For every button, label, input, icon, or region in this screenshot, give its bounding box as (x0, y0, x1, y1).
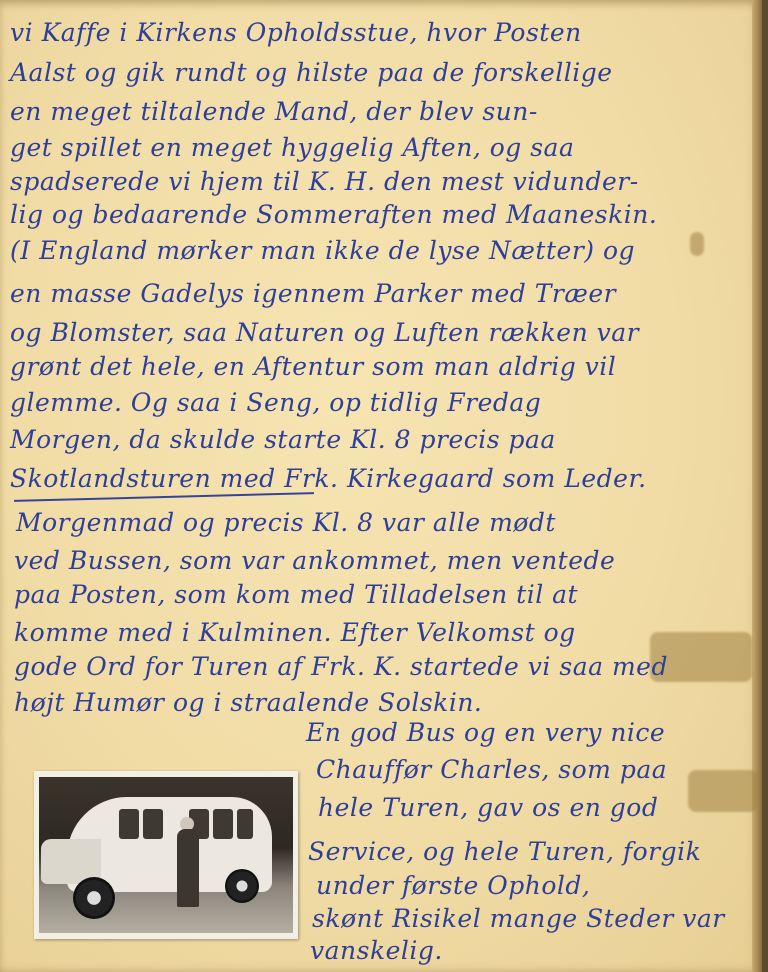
bus-wheel (225, 869, 259, 903)
handwritten-line: glemme. Og saa i Seng, op tidlig Fredag (10, 388, 541, 417)
bus-window (119, 809, 139, 839)
chauffeur-figure (177, 829, 199, 907)
photo-image (39, 777, 293, 933)
page-edge (752, 0, 762, 972)
bus-wheel (73, 877, 115, 919)
bus-window (213, 809, 233, 839)
bus-window (237, 809, 253, 839)
handwritten-line: (I England mørker man ikke de lyse Nætte… (10, 236, 635, 265)
handwritten-line: under første Ophold, (316, 871, 590, 900)
handwritten-line: skønt Risikel mange Steder var (312, 904, 725, 933)
handwritten-line: spadserede vi hjem til K. H. den mest vi… (10, 167, 639, 196)
handwritten-line: grønt det hele, en Aftentur som man aldr… (10, 352, 616, 381)
scrapbook-page: vi Kaffe i Kirkens Opholdsstue, hvor Pos… (0, 0, 762, 972)
bus-window (143, 809, 163, 839)
handwritten-line: Chauffør Charles, som paa (316, 755, 667, 784)
handwritten-line: Morgen, da skulde starte Kl. 8 precis pa… (10, 425, 556, 454)
handwritten-line: Morgenmad og precis Kl. 8 var alle mødt (16, 508, 556, 537)
handwritten-line: lig og bedaarende Sommeraften med Maanes… (10, 200, 657, 229)
handwritten-line: vanskelig. (310, 936, 443, 965)
handwritten-line: og Blomster, saa Naturen og Luften række… (10, 318, 639, 347)
paper-stain (690, 232, 704, 256)
handwritten-line: get spillet en meget hyggelig Aften, og … (10, 133, 574, 162)
handwritten-line: Service, og hele Turen, forgik (308, 837, 701, 866)
handwritten-line: en meget tiltalende Mand, der blev sun- (10, 97, 538, 126)
heading-underline (14, 492, 314, 502)
handwritten-line: paa Posten, som kom med Tilladelsen til … (14, 580, 578, 609)
handwritten-line: Aalst og gik rundt og hilste paa de fors… (10, 58, 613, 87)
handwritten-line: gode Ord for Turen af Frk. K. startede v… (14, 652, 668, 681)
handwritten-line: komme med i Kulminen. Efter Velkomst og (14, 618, 576, 647)
handwritten-line: ved Bussen, som var ankommet, men vented… (14, 546, 615, 575)
handwritten-line: En god Bus og en very nice (306, 718, 665, 747)
handwritten-line: vi Kaffe i Kirkens Opholdsstue, hvor Pos… (10, 18, 582, 47)
handwritten-line: hele Turen, gav os en god (318, 793, 658, 822)
handwritten-line: Skotlandsturen med Frk. Kirkegaard som L… (10, 464, 647, 493)
handwritten-line: højt Humør og i straalende Solskin. (14, 688, 482, 717)
handwritten-line: en masse Gadelys igennem Parker med Træe… (10, 279, 616, 308)
bus-photograph (34, 771, 298, 939)
paper-stain (688, 770, 758, 812)
